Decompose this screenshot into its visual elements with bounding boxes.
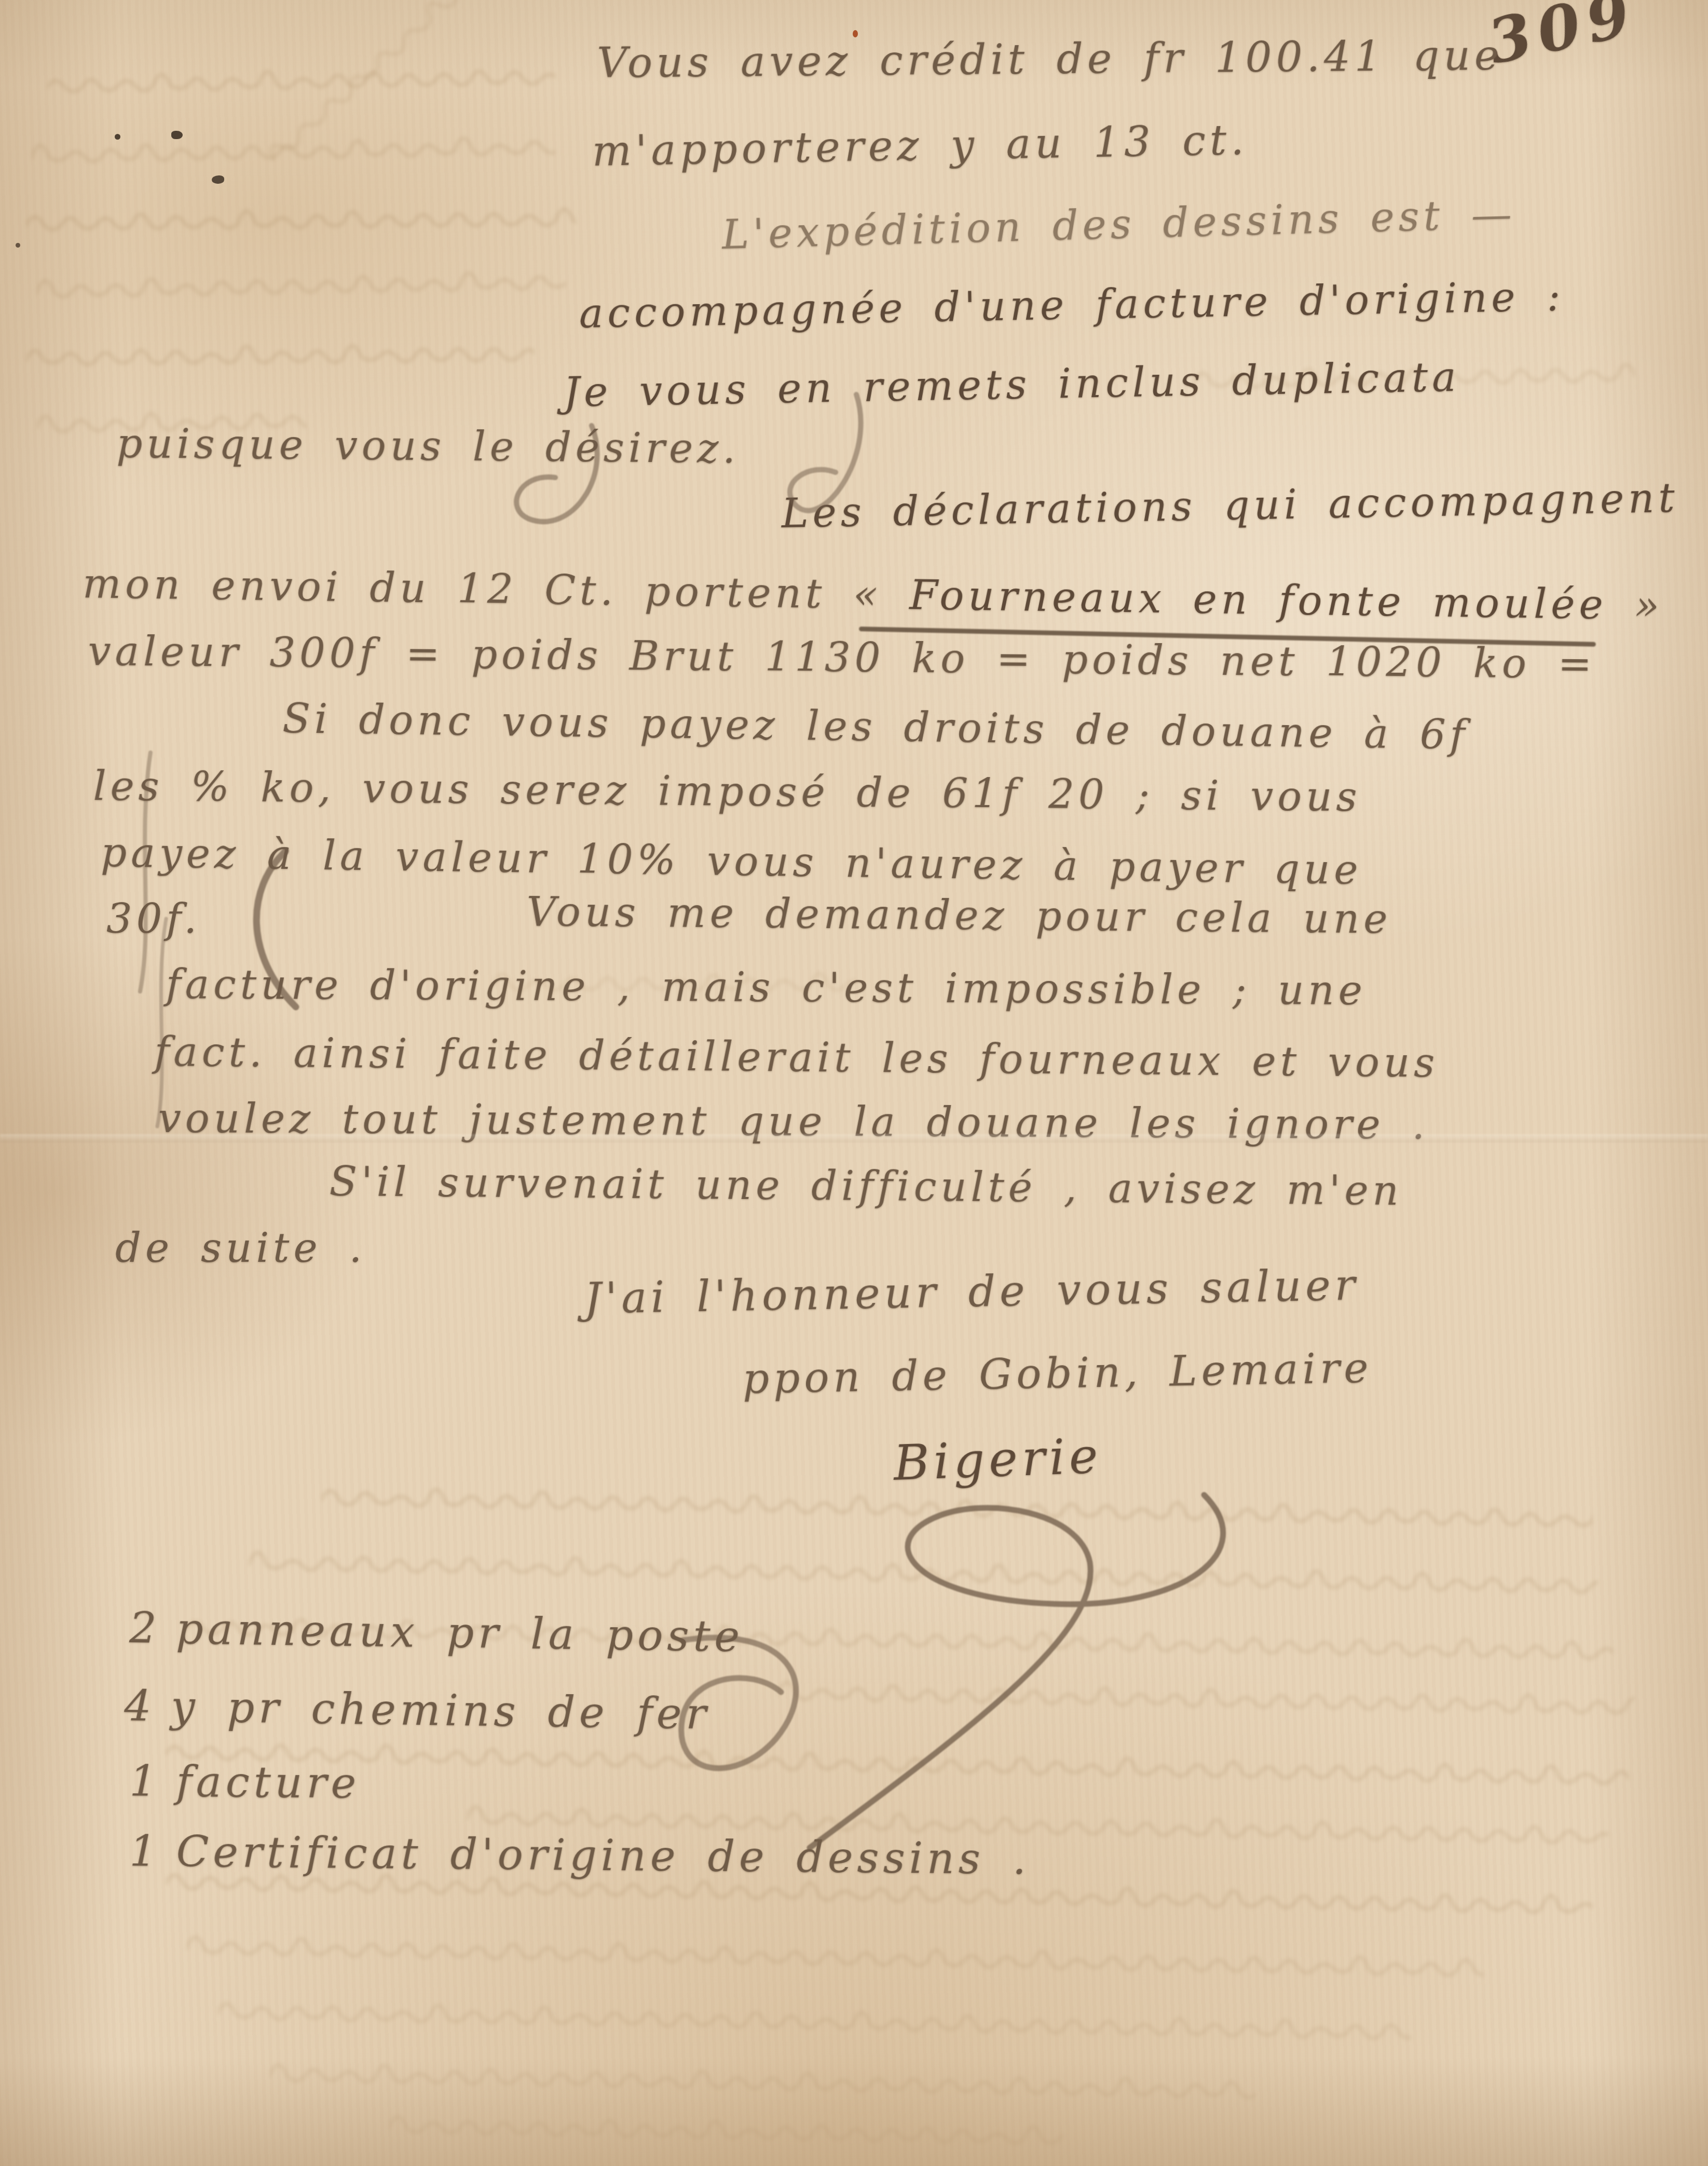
enclosure-row: 1Certificat d'origine de dessins . [129, 1827, 1030, 1884]
letter-line-08: mon envoi du 12 Ct. portent « Fourneaux … [83, 561, 1664, 630]
enclosure-item: panneaux pr la poste [176, 1604, 744, 1661]
letter-line-02: m'apporterez y au 13 ct. [592, 116, 1248, 175]
enclosure-row: 2panneaux pr la poste [129, 1604, 744, 1662]
page-number: 309 [1482, 0, 1643, 78]
letter-line-13a: 30f. [106, 896, 201, 943]
bleed-through-stroke [47, 59, 556, 103]
bleed-through-stroke [269, 2055, 1256, 2108]
enclosure-qty: 2 [129, 1604, 176, 1654]
letter-line-08-pre: mon envoi du 12 Ct. portent « [83, 561, 910, 619]
letter-line-01: Vous avez crédit de fr 100.41 que [597, 31, 1504, 87]
bleed-through-stroke [166, 1734, 1630, 1794]
bleed-through-stroke [186, 1928, 1484, 1986]
enclosure-qty: 1 [129, 1827, 176, 1877]
closing-signatory: ppon de Gobin, Lemaire [742, 1344, 1373, 1403]
enclosure-item: facture [176, 1758, 360, 1808]
bleed-through-stroke [217, 1993, 1412, 2049]
enclosure-row: 4y pr chemins de fer [124, 1682, 711, 1739]
letter-line-15: fact. ainsi faite détaillerait les fourn… [154, 1029, 1439, 1087]
bleed-through-stroke [249, 1544, 1598, 1603]
signature: Bigerie [893, 1428, 1103, 1492]
letter-line-07: Les déclarations qui accompagnent [781, 475, 1679, 537]
letter-line-13b: Vous me demandez pour cela une [526, 889, 1392, 943]
letter-line-14: facture d'origine , mais c'est impossibl… [166, 961, 1367, 1014]
ink-blot [212, 175, 224, 184]
letter-line-10: Si donc vous payez les droits de douane … [282, 696, 1469, 759]
letter-page: 309 Vous avez crédit de fr 100.41 que m'… [0, 0, 1708, 2166]
letter-line-04: accompagnée d'une facture d'origine : [579, 274, 1565, 337]
enclosure-qty: 4 [124, 1682, 171, 1732]
bleed-through-stroke [259, 0, 576, 172]
letter-line-12: payez à la valeur 10% vous n'aurez à pay… [101, 829, 1362, 894]
bleed-through-stroke [778, 1674, 1635, 1724]
enclosure-item: y pr chemins de fer [171, 1682, 711, 1739]
enclosure-qty: 1 [129, 1757, 176, 1807]
ink-blot [115, 134, 120, 140]
enclosure-row: 1facture [129, 1757, 360, 1808]
letter-line-03: L'expédition des dessins est — [721, 191, 1516, 258]
letter-line-06: puisque vous le désirez. [116, 420, 740, 472]
bleed-through-stroke [389, 2107, 1064, 2155]
bleed-through-stroke [26, 200, 577, 240]
letter-line-08-post: » [1607, 582, 1664, 630]
underlined-phrase: Fourneaux en fonte moulée [909, 572, 1607, 629]
letter-line-11: les % ko, vous serez imposé de 61f 20 ; … [93, 763, 1361, 821]
ink-blot [171, 131, 183, 139]
paper-crease [0, 1134, 1708, 1142]
ink-blot [16, 243, 20, 248]
letter-line-18: de suite . [115, 1225, 366, 1272]
closing-salutation: J'ai l'honneur de vous saluer [584, 1261, 1360, 1324]
letter-line-05: Je vous en remets inclus duplicata [563, 354, 1460, 416]
bleed-through-stroke [31, 128, 556, 173]
bleed-through-stroke [36, 263, 566, 308]
bleed-through-stroke [26, 335, 535, 375]
enclosure-item: Certificat d'origine de dessins . [176, 1828, 1030, 1884]
red-fleck [853, 30, 858, 37]
letter-line-17: S'il survenait une difficulté , avisez m… [329, 1159, 1403, 1215]
signature-flourish [716, 1474, 1313, 1869]
